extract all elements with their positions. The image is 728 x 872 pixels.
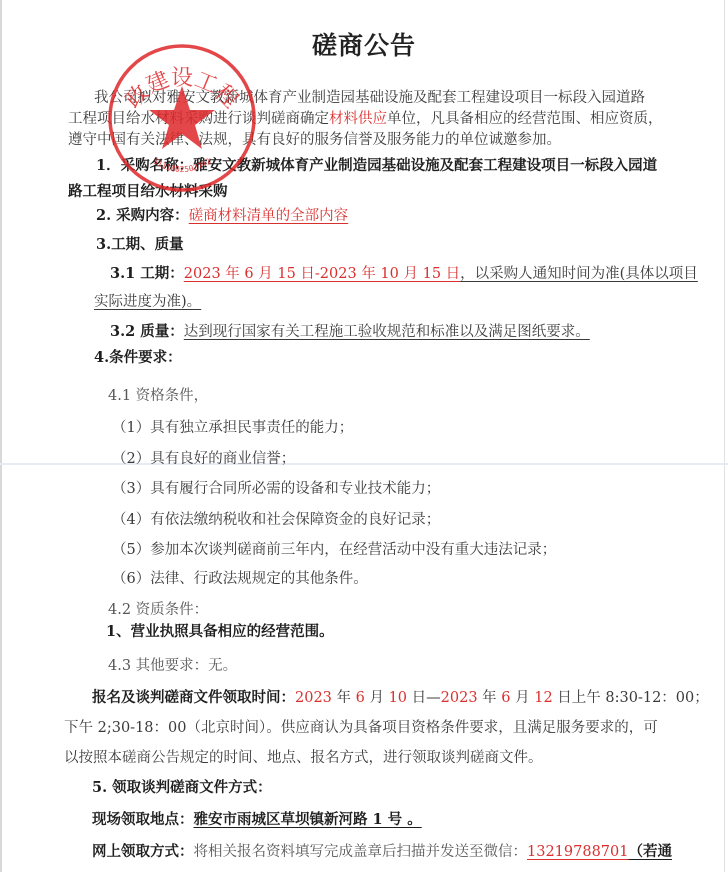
- procurement-content-label: 2. 采购内容：: [96, 207, 189, 224]
- condition-item: （2）具有良好的商业信誉；: [112, 449, 295, 469]
- procurement-name-label: 1．采购名称：: [96, 157, 193, 174]
- reg-text: 年: [332, 690, 356, 706]
- onsite-address: 雅安市雨城区草坝镇新河路 1 号 。: [194, 811, 422, 828]
- online-pickup: 网上领取方式：将相关报名资料填写完成盖章后扫描并发送至微信：1321978870…: [92, 842, 672, 862]
- reg-text: 年: [478, 690, 502, 706]
- section-1-line-2: 路工程项目给水材料采购: [68, 182, 228, 202]
- intro-text: 工程项目给水材料采购进行谈判磋商确定: [68, 111, 329, 127]
- condition-item: （5）参加本次谈判磋商前三年内，在经营活动中没有重大违法记录；: [112, 540, 556, 560]
- onsite-label: 现场领取地点：: [92, 811, 194, 828]
- scan-artifact-line: [0, 463, 728, 465]
- online-tail: （若通: [628, 843, 672, 860]
- section-3-1: 3.1 工期：2023 年 6 月 15 日-2023 年 10 月 15 日，…: [110, 264, 698, 284]
- qualification-label: 4.1 资格条件，: [108, 386, 208, 406]
- duration-note: ，以采购人通知时间为准(具体以项目: [460, 266, 698, 282]
- reg-text: 日—: [407, 690, 441, 706]
- reg-text: 月: [365, 690, 389, 706]
- registration-label: 报名及谈判磋商文件领取时间：: [92, 689, 295, 706]
- condition-item: （4）有依法缴纳税收和社会保障资金的良好记录；: [112, 510, 440, 530]
- section-5-heading: 5. 领取谈判磋商文件方式：: [92, 778, 272, 798]
- reg-month-start: 6: [356, 690, 365, 706]
- reg-day-start: 10: [389, 690, 407, 706]
- other-requirements: 4.3 其他要求：无。: [108, 656, 237, 676]
- condition-item: （6）法律、行政法规规定的其他条件。: [112, 569, 368, 589]
- intro-line-3: 遵守中国有关法律、法规，具有良好的服务信誉及服务能力的单位诚邀参加。: [68, 130, 561, 150]
- online-instructions: 将相关报名资料填写完成盖章后扫描并发送至微信：: [194, 844, 528, 860]
- online-label: 网上领取方式：: [92, 843, 194, 860]
- page-title: 磋商公告: [0, 26, 728, 62]
- page-left-edge: [0, 0, 2, 872]
- reg-year-start: 2023: [295, 690, 332, 706]
- registration-line-2: 下午 2;30-18：00（北京时间）。供应商认为具备项目资格条件要求，且满足服…: [64, 718, 658, 738]
- procurement-name-value: 雅安文教新城体育产业制造园基础设施及配套工程建设项目一标段入园道: [193, 157, 657, 174]
- duration-label: 3.1 工期：: [110, 265, 184, 282]
- section-3-heading: 3.工期、质量: [96, 235, 184, 255]
- section-4-heading: 4.条件要求：: [94, 348, 182, 368]
- registration-line-3: 以按照本磋商公告规定的时间、地点、报名方式，进行领取谈判磋商文件。: [64, 748, 543, 768]
- page-right-edge: [724, 0, 725, 872]
- quality-value: 达到现行国家有关工程施工验收规范和标准以及满足图纸要求。: [184, 324, 590, 340]
- section-2: 2. 采购内容：磋商材料清单的全部内容: [96, 206, 348, 226]
- wechat-number: 13219788701: [527, 844, 628, 860]
- material-supply-highlight: 材料供应: [329, 111, 387, 127]
- qualification-cert-label: 4.2 资质条件：: [108, 600, 208, 620]
- reg-year-end: 2023: [441, 690, 478, 706]
- section-3-2: 3.2 质量：达到现行国家有关工程施工验收规范和标准以及满足图纸要求。: [110, 322, 590, 342]
- qualification-cert-item: 1、营业执照具备相应的经营范围。: [106, 622, 334, 642]
- intro-text: 单位，凡具备相应的经营范围、相应资质，: [387, 111, 663, 127]
- condition-item: （1）具有独立承担民事责任的能力；: [112, 418, 353, 438]
- reg-text: 月: [511, 690, 535, 706]
- reg-text: 日上午 8:30-12：00；: [553, 690, 709, 706]
- intro-line-2: 工程项目给水材料采购进行谈判磋商确定材料供应单位，凡具备相应的经营范围、相应资质…: [68, 109, 663, 129]
- duration-dates: 2023 年 6 月 15 日-2023 年 10 月 15 日: [184, 266, 460, 282]
- reg-day-end: 12: [534, 690, 552, 706]
- quality-label: 3.2 质量：: [110, 323, 184, 340]
- section-1-line-1: 1．采购名称：雅安文教新城体育产业制造园基础设施及配套工程建设项目一标段入园道: [96, 156, 657, 176]
- condition-item: （3）具有履行合同所必需的设备和专业技术能力；: [112, 479, 440, 499]
- procurement-content-value: 磋商材料清单的全部内容: [189, 208, 349, 224]
- intro-line-1: 我公司拟对雅安文教新城体育产业制造园基础设施及配套工程建设项目一标段入园道路: [94, 88, 645, 108]
- onsite-pickup: 现场领取地点：雅安市雨城区草坝镇新河路 1 号 。: [92, 810, 422, 830]
- registration-line-1: 报名及谈判磋商文件领取时间：2023 年 6 月 10 日—2023 年 6 月…: [92, 688, 709, 708]
- reg-month-end: 6: [501, 690, 510, 706]
- section-3-1-line-2: 实际进度为准)。: [94, 292, 201, 312]
